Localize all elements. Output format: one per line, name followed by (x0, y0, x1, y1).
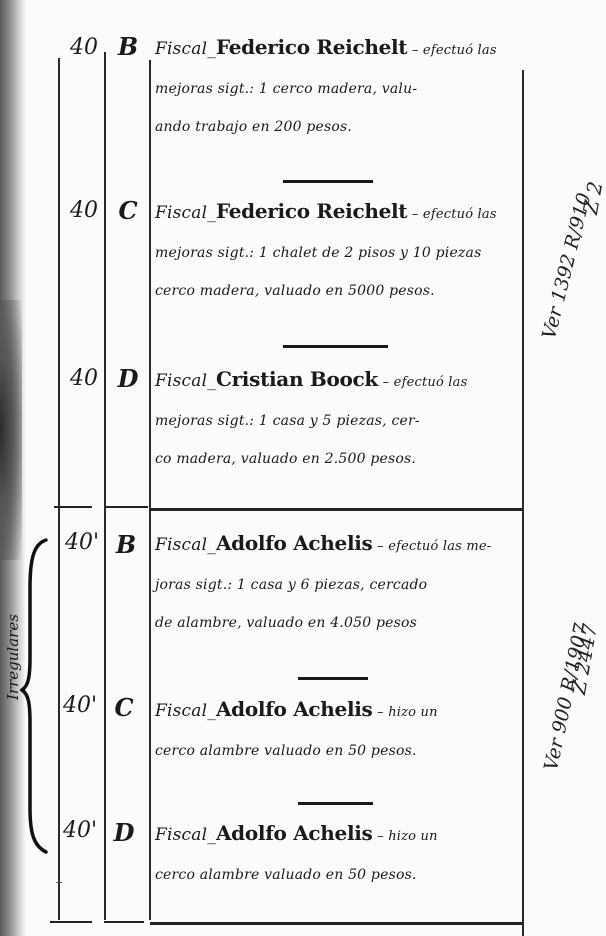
entry-line: cerco alambre valuado en 50 pesos. (155, 856, 523, 894)
entry-line: mejoras sigt.: 1 casa y 5 piezas, cer- (155, 402, 523, 440)
bottom-rule (104, 921, 144, 923)
entry-line: – hizo un (377, 829, 438, 844)
column-rule-left (58, 58, 60, 920)
margin-label-irregulares: Irregulares (4, 614, 22, 700)
fiscal-label: Fiscal_ (155, 371, 216, 391)
section-rule (150, 508, 522, 511)
entry-letter: C (104, 693, 144, 722)
entry-text: Fiscal_Adolfo Achelis – hizo un cerco al… (155, 814, 523, 894)
bottom-rule (150, 922, 522, 925)
fiscal-name: Federico Reichelt (216, 35, 407, 59)
fiscal-label: Fiscal_ (155, 701, 216, 721)
entry-line: mejoras sigt.: 1 cerco madera, valu- (155, 70, 523, 108)
entry-number: 40' (58, 818, 102, 843)
fiscal-label: Fiscal_ (155, 203, 216, 223)
entry-line: ando trabajo en 200 pesos. (155, 108, 523, 146)
entry-line: – efectuó las (383, 375, 468, 390)
entry-letter: C (108, 196, 148, 225)
entry-line: – efectuó las (412, 43, 497, 58)
entry-line: de alambre, valuado en 4.050 pesos (155, 604, 523, 642)
entry-number: 40 (62, 366, 106, 391)
bottom-rule (50, 921, 92, 923)
entry-number: 40 (62, 35, 106, 60)
entry-text: Fiscal_Adolfo Achelis – hizo un cerco al… (155, 690, 523, 770)
fiscal-name: Federico Reichelt (216, 199, 407, 223)
entry-letter: B (108, 32, 148, 61)
column-rule-number (104, 52, 106, 920)
entry-number: 40 (62, 198, 106, 223)
fiscal-name: Adolfo Achelis (216, 697, 373, 721)
section-rule (54, 506, 92, 508)
entry-line: – hizo un (377, 705, 438, 720)
entry-letter: B (106, 530, 146, 559)
entry-divider (283, 345, 388, 348)
brace-icon (20, 538, 50, 854)
entry-text: Fiscal_Federico Reichelt – efectuó las m… (155, 28, 523, 146)
entry-divider (298, 802, 373, 805)
fiscal-label: Fiscal_ (155, 535, 216, 555)
entry-text: Fiscal_Federico Reichelt – efectuó las m… (155, 192, 523, 310)
scan-edge-dark (0, 300, 22, 560)
entry-divider (298, 677, 368, 680)
row-dash (56, 882, 62, 883)
fiscal-label: Fiscal_ (155, 825, 216, 845)
entry-line: joras sigt.: 1 casa y 6 piezas, cercado (155, 566, 523, 604)
entry-line: co madera, valuado en 2.500 pesos. (155, 440, 523, 478)
entry-divider (283, 180, 373, 183)
fiscal-name: Cristian Boock (216, 367, 378, 391)
entry-text: Fiscal_Cristian Boock – efectuó las mejo… (155, 360, 523, 478)
fiscal-name: Adolfo Achelis (216, 531, 373, 555)
entry-line: cerco alambre valuado en 50 pesos. (155, 732, 523, 770)
entry-line: – efectuó las (412, 207, 497, 222)
entry-text: Fiscal_Adolfo Achelis – efectuó las me- … (155, 524, 523, 642)
fiscal-label: Fiscal_ (155, 39, 216, 59)
entry-line: cerco madera, valuado en 5000 pesos. (155, 272, 523, 310)
entry-letter: D (104, 818, 144, 847)
entry-number: 40' (58, 693, 102, 718)
entry-letter: D (108, 364, 148, 393)
column-rule-letter (149, 60, 151, 920)
entry-line: – efectuó las me- (377, 539, 491, 554)
section-rule (104, 506, 148, 508)
entry-number: 40' (60, 530, 104, 555)
fiscal-name: Adolfo Achelis (216, 821, 373, 845)
margin-note-zone: Z 2 (578, 180, 606, 217)
entry-line: mejoras sigt.: 1 chalet de 2 pisos y 10 … (155, 234, 523, 272)
